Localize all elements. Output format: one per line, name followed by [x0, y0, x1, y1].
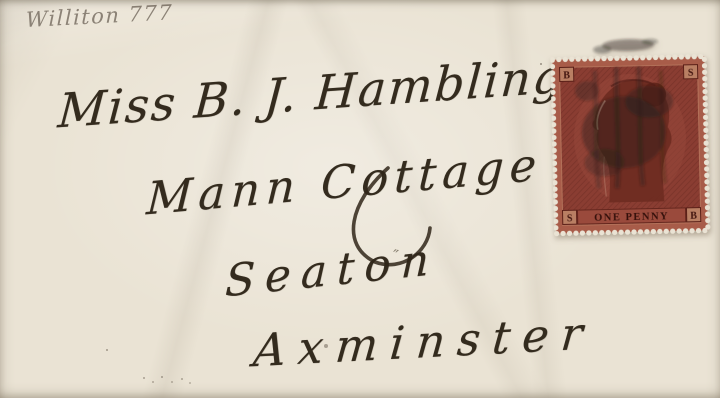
ink-specks — [0, 0, 2, 2]
penny-red-stamp: B S S B ONE PENNY — [550, 34, 714, 241]
stamp-corner-letter-bottom-left: S — [567, 213, 573, 224]
address-line-house: Mann Cottage — [145, 137, 543, 225]
stamp-corner-letter-top-left: B — [563, 70, 570, 81]
stamp-corner-letter-top-right: S — [688, 68, 694, 79]
pencil-annotation: Williton 777 — [26, 0, 174, 32]
stamp-denomination: ONE PENNY — [577, 208, 685, 224]
address-line-recipient: Miss B. J. Hambling — [56, 49, 567, 140]
envelope: Williton 777 Miss B. J. Hambling Mann Co… — [0, 0, 720, 398]
address-line-town: Seaton — [224, 234, 440, 308]
address-line-district: Axminster — [251, 306, 596, 377]
stamp-denomination-text: ONE PENNY — [594, 211, 669, 224]
stamp-corner-letter-bottom-right: B — [690, 211, 697, 222]
